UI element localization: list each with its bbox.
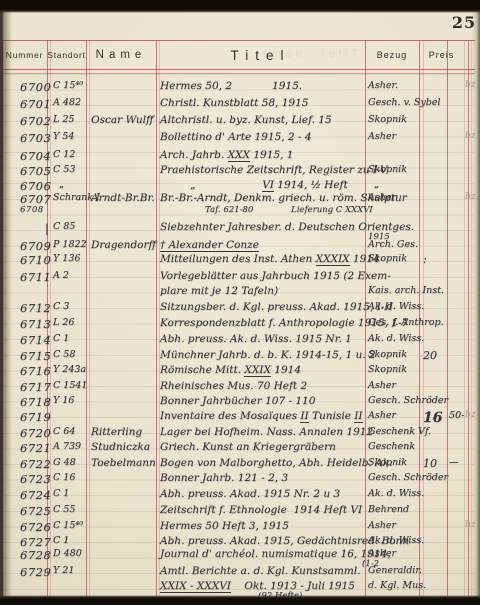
row-bezug: Generaldir. <box>368 565 422 576</box>
row-name: Oscar Wulff <box>91 114 153 126</box>
row-standort: C 64 <box>53 426 75 437</box>
row-preis-mark: 20 <box>423 349 437 362</box>
row-bezug: Gesch. Schröder <box>368 395 448 406</box>
row-bezug: Asher <box>368 520 396 531</box>
table-row: 6705C 53Praehistorische Zeitschrift, Reg… <box>0 164 480 180</box>
row-bezug: Ak. d. Wiss. <box>368 488 424 499</box>
table-row: plare mit je 12 Tafeln)Kais. arch. Inst. <box>0 285 480 301</box>
row-standort: C 55 <box>53 504 75 515</box>
row-preis-pfennig: — <box>449 457 459 468</box>
row-standort: Y 243a <box>53 364 86 375</box>
table-row: 6711A 2Vorlegeblätter aus Jahrbuch 1915 … <box>0 270 480 286</box>
row-nummer: 6717 <box>20 380 51 394</box>
row-bezug: Skopnik <box>368 364 407 375</box>
row-titel: Hermes 50, 2 1915. <box>160 80 302 92</box>
table-row: 6725C 55Zeitschrift f. Ethnologie 1914 H… <box>0 504 480 520</box>
row-standort: Y 54 <box>53 131 74 142</box>
row-bezug: Ak. d. Wiss. <box>368 535 424 546</box>
table-row: 6726C 15⁴⁰Hermes 50 Heft 3, 1915Asherbz <box>0 520 480 536</box>
ledger-page: 25 Nummer Standort Name Titel Bezug Prei… <box>0 0 480 605</box>
row-titel: Abh. preuss. Akad. 1915 Nr. 2 u 3 <box>160 488 340 500</box>
row-bezug: Ges. f. Anthrop. <box>368 317 444 328</box>
row-name: Studniczka <box>91 441 150 453</box>
row-titel: Sitzungsber. d. Kgl. preuss. Akad. 1915,… <box>160 301 393 313</box>
row-bezug: Gesch. Schröder <box>368 472 448 483</box>
row-standort: C 85 <box>53 221 75 232</box>
row-nummer: 6719 <box>20 410 51 424</box>
row-bezug: Asher <box>368 131 396 142</box>
row-preis-mark: : <box>423 253 427 266</box>
row-nummer: 6709 <box>20 239 51 253</box>
row-bezug: Skopnik <box>368 114 407 125</box>
row-bezug: Asher <box>368 380 396 391</box>
row-bezug: Asher <box>368 410 396 421</box>
table-row: 6729Y 21Amtl. Berichte a. d. Kgl. Kunsts… <box>0 565 480 581</box>
row-standort: P 1822 <box>53 239 87 250</box>
row-nummer: 6721 <box>20 441 51 455</box>
row-standort: „ <box>53 179 64 190</box>
row-titel: Vorlegeblätter aus Jahrbuch 1915 (2 Exem… <box>160 270 391 282</box>
row-titel: „ VI 1914, ½ Heft <box>190 179 348 191</box>
row-bezug: Asher <box>368 192 396 203</box>
row-titel: Münchner Jahrb. d. b. K. 1914-15, 1 u. 2 <box>160 349 376 361</box>
row-standort: C 1 <box>53 488 69 499</box>
row-nummer: 6706 <box>20 179 51 193</box>
table-row: 6724C 1Abh. preuss. Akad. 1915 Nr. 2 u 3… <box>0 488 480 504</box>
row-standort: C 1541 <box>53 380 87 391</box>
row-titel: Bollettino d' Arte 1915, 2 - 4 <box>160 131 312 143</box>
scan-edge-bottom <box>0 595 480 605</box>
row-nummer: 6701 <box>20 97 51 111</box>
row-titel: plare mit je 12 Tafeln) <box>160 285 278 297</box>
row-nummer: 6722 <box>20 457 51 471</box>
row-bezug: Skopnik <box>368 349 407 360</box>
row-nummer: 6708 <box>20 205 44 215</box>
row-titel: Christl. Kunstblatt 58, 1915 <box>160 97 308 109</box>
row-nummer: 6720 <box>20 426 51 440</box>
row-nummer: 6700 <box>20 80 51 94</box>
row-standort: D 480 <box>53 548 82 559</box>
row-nummer: 6729 <box>20 565 51 579</box>
row-nummer: 6703 <box>20 131 51 145</box>
row-bezug: Ak. d. Wiss. <box>368 333 424 344</box>
row-standort: L 25 <box>53 114 74 125</box>
table-row: 6715C 58Münchner Jahrb. d. b. K. 1914-15… <box>0 349 480 365</box>
row-nummer: 6716 <box>20 364 51 378</box>
row-titel: Griech. Kunst an Kriegergräbern <box>160 441 336 453</box>
row-bezug: Gesch. v. Sybel <box>368 97 440 108</box>
row-preis-pfennig: 50- <box>449 410 464 421</box>
row-titel: Römische Mitt. XXIX 1914 <box>160 364 301 376</box>
row-nummer: 6707 <box>20 192 51 206</box>
table-row: 6703Y 54Bollettino d' Arte 1915, 2 - 4As… <box>0 131 480 147</box>
row-standort: C 1 <box>53 535 69 546</box>
table-row: 6700C 15⁴⁰Hermes 50, 2 1915.Asher.bz <box>0 80 480 96</box>
row-name: Ritterling <box>91 426 142 438</box>
row-standort: C 53 <box>53 164 75 175</box>
row-preis-mark: 16 <box>423 410 442 426</box>
row-titel: Abh. preuss. Ak. d. Wiss. 1915 Nr. 1 <box>160 333 352 345</box>
ledger-rows: 6700C 15⁴⁰Hermes 50, 2 1915.Asher.bz6701… <box>0 0 480 605</box>
row-standort: Y 21 <box>53 565 74 576</box>
row-titel: Altchristl. u. byz. Kunst, Lief. 15 <box>160 114 332 126</box>
row-bezug: Kais. arch. Inst. <box>368 285 444 296</box>
row-bezug: Skopnik <box>368 457 407 468</box>
row-preis-mark: 10 <box>423 457 437 470</box>
row-standort: C 15⁴⁰ <box>53 520 83 531</box>
row-standort: C 3 <box>53 301 69 312</box>
row-titel: Hermes 50 Heft 3, 1915 <box>160 520 289 532</box>
row-titel: Praehistorische Zeitschrift, Register zu… <box>160 164 387 176</box>
row-nummer: 6705 <box>20 164 51 178</box>
row-standort: L 26 <box>53 317 74 328</box>
row-standort: C 16 <box>53 472 75 483</box>
row-standort: Y 16 <box>53 395 74 406</box>
row-standort: C 58 <box>53 349 75 360</box>
row-standort: A 2 <box>53 270 69 281</box>
row-nummer: 6704 <box>20 149 51 163</box>
row-bezug: d. Kgl. Mus. <box>368 580 426 591</box>
row-standort: G 48 <box>53 457 76 468</box>
row-nummer: 6725 <box>20 504 51 518</box>
row-bezug: Skopnik <box>368 164 407 175</box>
table-row: 6704C 12Arch. Jahrb. XXX 1915, 1 <box>0 149 480 165</box>
row-bezug: Geschenk <box>368 441 415 452</box>
table-row: 6720C 64RitterlingLager bei Hofheim. Nas… <box>0 426 480 442</box>
table-row: 6714C 1Abh. preuss. Ak. d. Wiss. 1915 Nr… <box>0 333 480 349</box>
row-standort: A 739 <box>53 441 81 452</box>
row-nummer: 6714 <box>20 333 51 347</box>
row-name: Dragendorff <box>91 239 156 251</box>
row-nummer: 6727 <box>20 535 51 549</box>
table-row: 6712C 3Sitzungsber. d. Kgl. preuss. Akad… <box>0 301 480 317</box>
table-row: 6721A 739StudniczkaGriech. Kunst an Krie… <box>0 441 480 457</box>
row-name: Arndt-Br.Br. <box>91 192 155 204</box>
row-titel: Bonner Jahrb. 121 - 2, 3 <box>160 472 288 484</box>
table-row: 6717C 1541Rheinisches Mus. 70 Heft 2Ashe… <box>0 380 480 396</box>
row-standort: C 15⁴⁰ <box>53 80 83 91</box>
row-bezug: „ <box>368 179 379 190</box>
row-bezug: Skopnik <box>368 253 407 264</box>
row-nummer: 6718 <box>20 395 51 409</box>
row-titel: Arch. Jahrb. XXX 1915, 1 <box>160 149 293 161</box>
scan-edge-left <box>0 0 12 605</box>
row-titel: Mitteilungen des Inst. Athen XXXIX 1914 <box>160 253 380 265</box>
row-nummer: 6713 <box>20 317 51 331</box>
row-titel: Inventaire des Mosaïques II Tunisie II <box>160 410 363 422</box>
row-nummer: 6724 <box>20 488 51 502</box>
row-bezug: Asher <box>368 548 396 559</box>
table-row: 6722G 48ToebelmannBogen von Malborghetto… <box>0 457 480 473</box>
row-bezug: Arch. Ges. <box>368 239 418 250</box>
row-titel: Rheinisches Mus. 70 Heft 2 <box>160 380 307 392</box>
row-titel: Zeitschrift f. Ethnologie 1914 Heft VI <box>160 504 362 516</box>
table-row: 6719Inventaire des Mosaïques II Tunisie … <box>0 410 480 426</box>
table-row: 6701A 482Christl. Kunstblatt 58, 1915Ges… <box>0 97 480 113</box>
row-titel: Bonner Jahrbücher 107 - 110 <box>160 395 315 407</box>
row-nummer: 6723 <box>20 472 51 486</box>
table-row: 6723C 16Bonner Jahrb. 121 - 2, 3Gesch. S… <box>0 472 480 488</box>
scan-edge-right <box>472 0 480 605</box>
table-row: 6710Y 136Mitteilungen des Inst. Athen XX… <box>0 253 480 269</box>
row-nummer: 6712 <box>20 301 51 315</box>
row-titel: Lager bei Hofheim. Nass. Annalen 1912 <box>160 426 373 438</box>
row-bezug: Geschenk Vf. <box>368 426 431 437</box>
row-nummer: 6710 <box>20 253 51 267</box>
row-nummer: 6726 <box>20 520 51 534</box>
row-standort: C 1 <box>53 333 69 344</box>
row-nummer: 6715 <box>20 349 51 363</box>
table-row: 6713L 26Korrespondenzblatt f. Anthropolo… <box>0 317 480 333</box>
table-row: 6716Y 243aRömische Mitt. XXIX 1914Skopni… <box>0 364 480 380</box>
row-nummer: 6711 <box>20 270 51 284</box>
row-bezug: Asher. <box>368 80 398 91</box>
row-titel: Amtl. Berichte a. d. Kgl. Kunstsamml. <box>160 565 360 577</box>
row-nummer: 6702 <box>20 114 51 128</box>
row-titel: † Alexander Conze <box>160 239 259 251</box>
row-name: Toebelmann <box>91 457 156 469</box>
row-bezug: Behrend <box>368 504 409 515</box>
row-standort: C 12 <box>53 149 75 160</box>
row-bezug: Ak. d. Wiss. <box>368 301 424 312</box>
row-titel: Bogen von Malborghetto, Abh. Heidelb. Ak… <box>160 457 392 469</box>
scan-edge-top <box>0 0 480 13</box>
row-titel: Taf. 621-80 Lieferung C XXXVI <box>205 205 373 215</box>
table-row: 6702L 25Oscar WulffAltchristl. u. byz. K… <box>0 114 480 130</box>
row-standort: A 482 <box>53 97 81 108</box>
table-row: 6708Taf. 621-80 Lieferung C XXXVI <box>0 205 480 221</box>
row-standort: Y 136 <box>53 253 80 264</box>
table-row: 6718Y 16Bonner Jahrbücher 107 - 110Gesch… <box>0 395 480 411</box>
